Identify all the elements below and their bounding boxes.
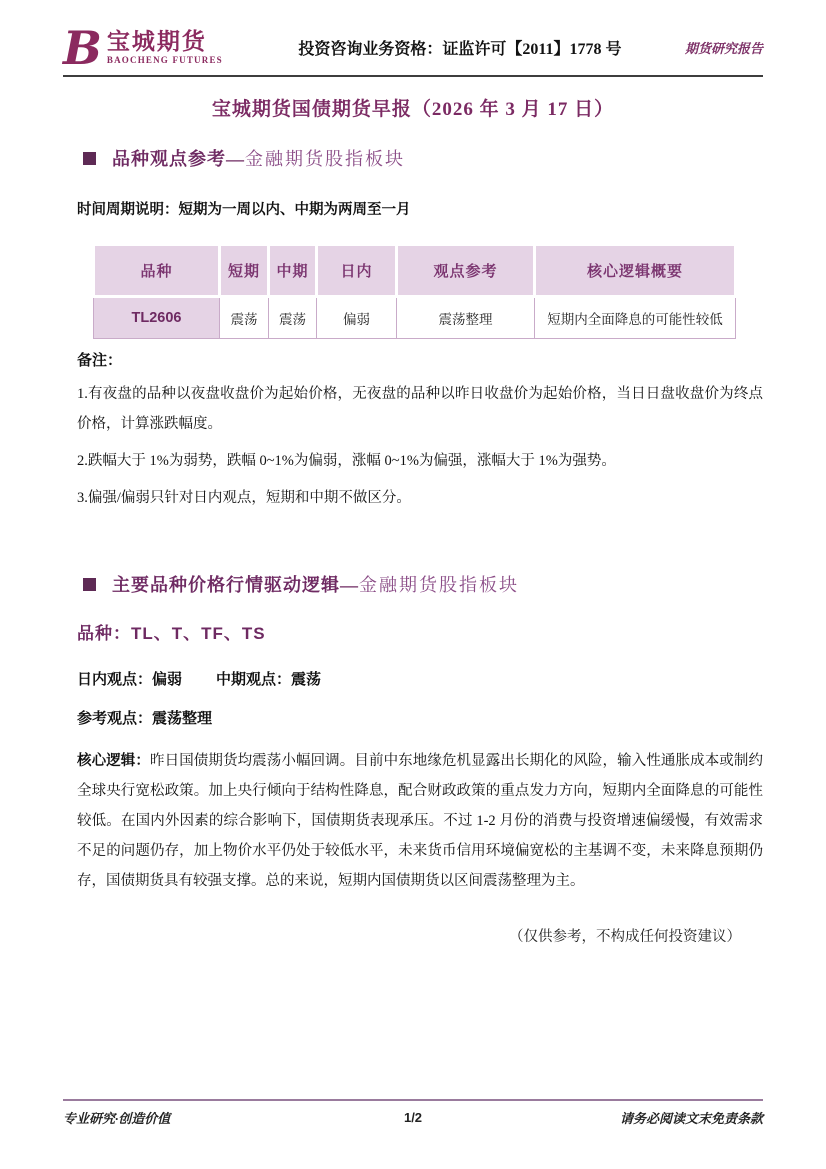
varieties-line: 品种：TL、T、TF、TS (63, 621, 763, 647)
cell-view-reference: 震荡整理 (397, 297, 535, 339)
intraday-view: 日内观点：偏弱 (77, 672, 182, 688)
col-header-core-logic: 核心逻辑概要 (535, 245, 736, 297)
section-heading-strong: 主要品种价格行情驱动逻辑— (112, 575, 359, 595)
report-page: B 宝城期货 BAOCHENG FUTURES 投资咨询业务资格：证监许可【20… (0, 0, 826, 1169)
timeframe-note: 时间周期说明：短期为一周以内、中期为两周至一月 (63, 199, 763, 221)
cell-mid-term: 震荡 (269, 297, 317, 339)
cell-short-term: 震荡 (220, 297, 269, 339)
remark-item-1: 1.有夜盘的品种以夜盘收盘价为起始价格，无夜盘的品种以昨日收盘价为起始价格，当日… (63, 379, 763, 439)
report-body: 时间周期说明：短期为一周以内、中期为两周至一月 品种 短期 中期 日内 观点参考… (63, 199, 763, 513)
page-footer: 专业研究·创造价值 1/2 请务必阅读文末免责条款 (63, 1099, 763, 1127)
core-logic-text: 昨日国债期货均震荡小幅回调。目前中东地缘危机显露出长期化的风险，输入性通胀成本或… (77, 753, 763, 889)
core-logic-paragraph: 核心逻辑：昨日国债期货均震荡小幅回调。目前中东地缘危机显露出长期化的风险，输入性… (63, 746, 763, 896)
col-header-intraday: 日内 (317, 245, 397, 297)
driver-logic-body: 品种：TL、T、TF、TS 日内观点：偏弱中期观点：震荡 参考观点：震荡整理 核… (63, 621, 763, 948)
remark-item-3: 3.偏强/偏弱只针对日内观点，短期和中期不做区分。 (63, 483, 763, 513)
col-header-short-term: 短期 (220, 245, 269, 297)
section-heading-light: 金融期货股指板块 (245, 149, 405, 169)
col-header-view-reference: 观点参考 (397, 245, 535, 297)
cell-variety: TL2606 (94, 297, 220, 339)
views-line: 日内观点：偏弱中期观点：震荡 (63, 669, 763, 691)
table-header-row: 品种 短期 中期 日内 观点参考 核心逻辑概要 (94, 245, 736, 297)
footer-slogan: 专业研究·创造价值 (63, 1108, 404, 1127)
core-logic-label: 核心逻辑： (77, 753, 150, 769)
cell-intraday: 偏弱 (317, 297, 397, 339)
table-row: TL2606 震荡 震荡 偏弱 震荡整理 短期内全面降息的可能性较低 (94, 297, 736, 339)
cell-core-logic: 短期内全面降息的可能性较低 (535, 297, 736, 339)
disclaimer-line: （仅供参考，不构成任何投资建议） (63, 926, 763, 948)
section-heading-light: 金融期货股指板块 (359, 575, 519, 595)
section-heading-driver-logic: 主要品种价格行情驱动逻辑—金融期货股指板块 (63, 571, 763, 599)
baocheng-logo-icon: B (63, 24, 102, 72)
footer-disclaimer-note: 请务必阅读文末免责条款 (422, 1108, 763, 1127)
logo-text-block: 宝城期货 BAOCHENG FUTURES (107, 29, 223, 66)
report-type-label: 期货研究报告 (685, 38, 763, 57)
col-header-variety: 品种 (94, 245, 220, 297)
credential-text: 投资咨询业务资格：证监许可【2011】1778 号 (243, 36, 671, 59)
section-heading-variety-views: 品种观点参考—金融期货股指板块 (63, 145, 763, 173)
logo-name-en: BAOCHENG FUTURES (107, 55, 223, 66)
medium-view: 中期观点：震荡 (216, 672, 321, 688)
square-bullet-icon (83, 578, 96, 591)
logo-name-cn: 宝城期货 (107, 29, 223, 55)
col-header-mid-term: 中期 (269, 245, 317, 297)
remarks-label: 备注： (63, 350, 763, 372)
remark-item-2: 2.跌幅大于 1%为弱势，跌幅 0~1%为偏弱，涨幅 0~1%为偏强，涨幅大于 … (63, 446, 763, 476)
section-heading-strong: 品种观点参考— (112, 149, 245, 169)
reference-view: 参考观点：震荡整理 (63, 708, 763, 730)
baocheng-logo: B 宝城期货 BAOCHENG FUTURES (63, 24, 243, 72)
square-bullet-icon (83, 152, 96, 165)
page-title: 宝城期货国债期货早报（2026 年 3 月 17 日） (0, 95, 826, 125)
views-table: 品种 短期 中期 日内 观点参考 核心逻辑概要 TL2606 震荡 震荡 偏弱 … (92, 243, 737, 339)
page-header: B 宝城期货 BAOCHENG FUTURES 投资咨询业务资格：证监许可【20… (63, 20, 763, 77)
page-number: 1/2 (404, 1110, 422, 1125)
